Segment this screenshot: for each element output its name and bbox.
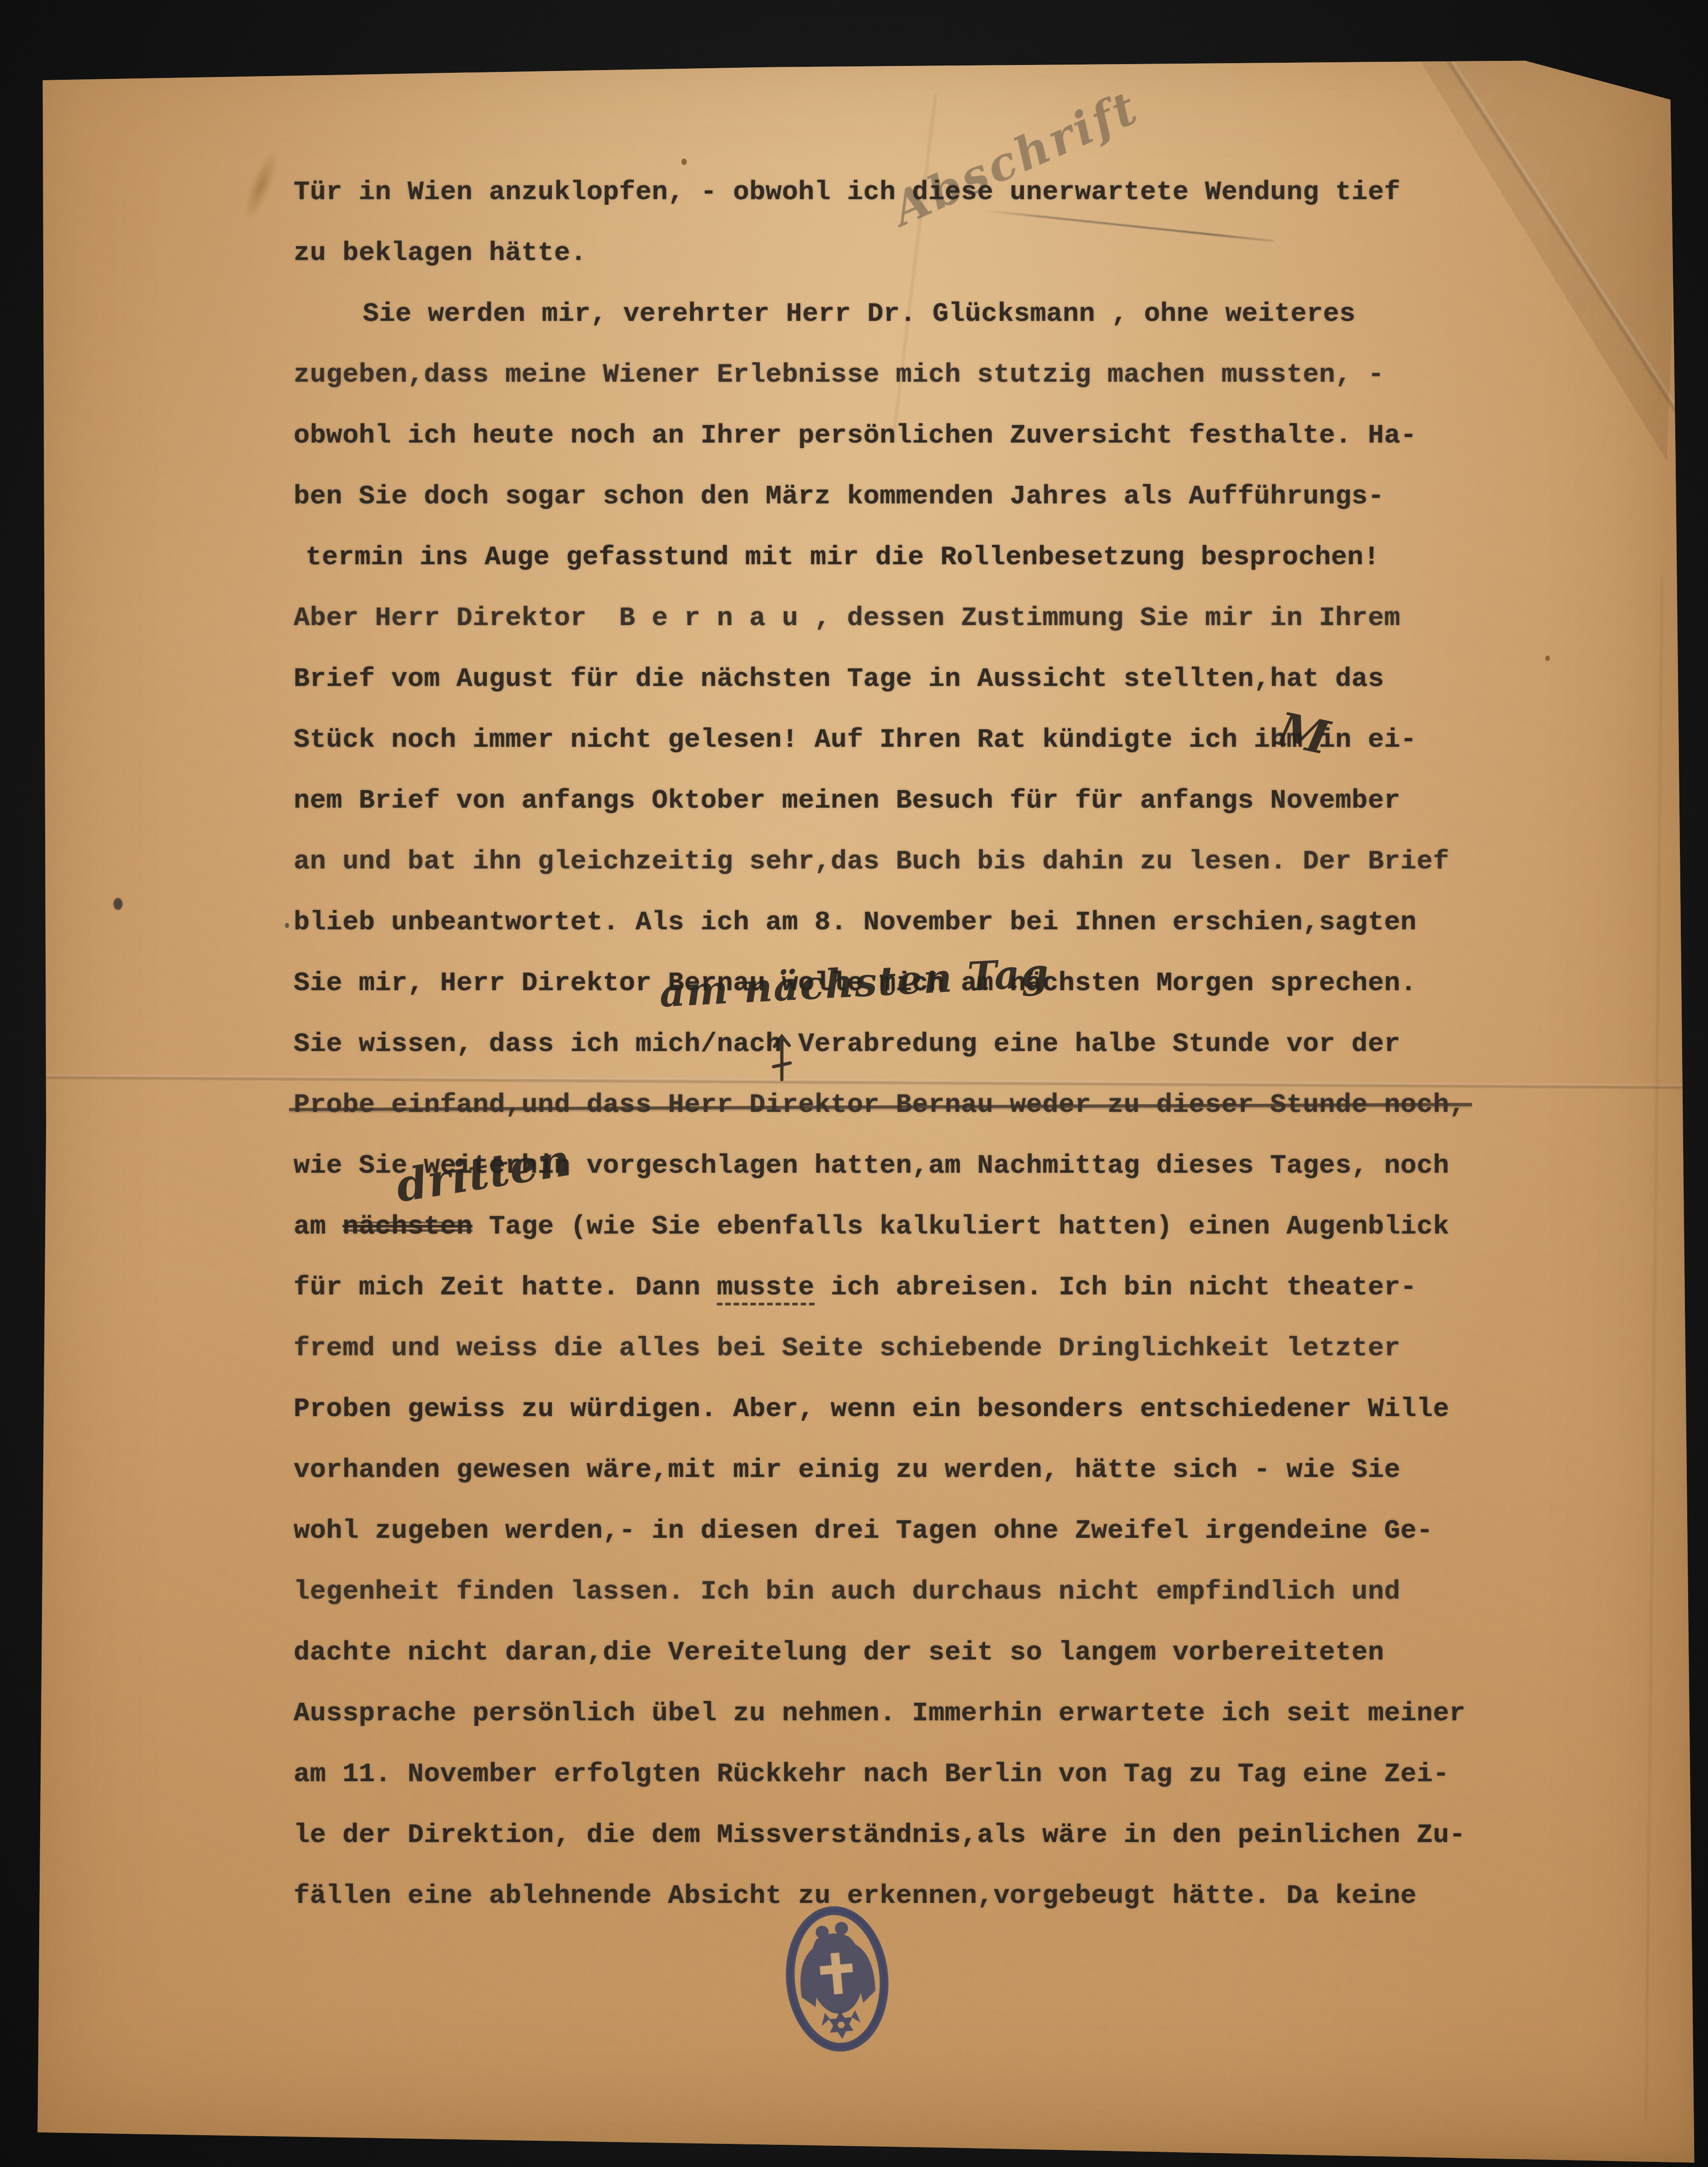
letter-line: an und bat ihn gleichzeitig sehr,das Buc… xyxy=(294,832,1501,892)
letter-line: Aussprache persönlich übel zu nehmen. Im… xyxy=(294,1683,1501,1744)
insertion-caret-mark xyxy=(769,1032,795,1082)
letter-line: Aber Herr Direktor B e r n a u , dessen … xyxy=(294,588,1501,649)
letter-line: Brief vom August für die nächsten Tage i… xyxy=(294,649,1501,710)
letter-line: nem Brief von anfangs Oktober meinen Bes… xyxy=(294,771,1501,832)
handwritten-letter-correction: M xyxy=(1273,702,1334,765)
struck-word-naechsten: nächsten xyxy=(343,1212,473,1242)
letter-line: ben Sie doch sogar schon den März kommen… xyxy=(294,466,1501,527)
letter-line: am 11. November erfolgten Rückkehr nach … xyxy=(294,1744,1501,1805)
line-prefix: für mich Zeit hatte. Dann xyxy=(294,1273,717,1303)
letter-page: Abschrift Tür in Wien anzuklopfen, - obw… xyxy=(0,0,1708,2167)
letter-line: Proben gewiss zu würdigen. Aber, wenn ei… xyxy=(294,1379,1501,1440)
letter-line: Sie werden mir, verehrter Herr Dr. Glück… xyxy=(294,284,1501,345)
letter-line: wohl zugeben werden,- in diesen drei Tag… xyxy=(294,1501,1501,1562)
star-icon xyxy=(832,2014,851,2036)
paper-stain xyxy=(238,147,284,224)
right-edge-crease xyxy=(1644,576,1663,2120)
letter-line: zu beklagen hätte. xyxy=(294,223,1501,284)
letter-line: fremd und weiss die alles bei Seite schi… xyxy=(294,1318,1501,1379)
letter-line-struck-through: Probe einfand,und dass Herr Direktor Ber… xyxy=(294,1075,1466,1136)
letter-line: termin ins Auge gefasstund mit mir die R… xyxy=(294,527,1501,588)
line-suffix: ich abreisen. Ich bin nicht theater- xyxy=(815,1273,1417,1303)
letter-line-with-correction: am nächsten Tage (wie Sie ebenfalls kalk… xyxy=(294,1197,1501,1258)
letter-line: vorhanden gewesen wäre,mit mir einig zu … xyxy=(294,1440,1501,1501)
paper-speck xyxy=(1545,655,1550,661)
letter-line: obwohl ich heute noch an Ihrer persönlic… xyxy=(294,406,1501,466)
line-prefix: am xyxy=(294,1212,343,1242)
letter-line: Sie wissen, dass ich mich/nach Verabredu… xyxy=(294,1014,1501,1075)
letter-line: blieb unbeantwortet. Als ich am 8. Novem… xyxy=(294,892,1501,953)
ink-speck xyxy=(113,898,123,910)
line-suffix: Tage (wie Sie ebenfalls kalkuliert hatte… xyxy=(473,1212,1449,1242)
letter-line: dachte nicht daran,die Vereitelung der s… xyxy=(294,1623,1501,1683)
letter-line: Tür in Wien anzuklopfen, - obwohl ich di… xyxy=(294,162,1501,223)
letter-body: Tür in Wien anzuklopfen, - obwohl ich di… xyxy=(294,162,1501,1927)
letter-line: zugeben,dass meine Wiener Erlebnisse mic… xyxy=(294,345,1501,406)
scanned-letter-photo: { "document": { "kind": "typewritten let… xyxy=(0,0,1708,2167)
letter-line: legenheit finden lassen. Ich bin auch du… xyxy=(294,1562,1501,1623)
letter-line: fällen eine ablehnende Absicht zu erkenn… xyxy=(294,1866,1501,1927)
ink-speck xyxy=(285,923,289,928)
letter-line-with-underline: für mich Zeit hatte. Dann musste ich abr… xyxy=(294,1258,1501,1318)
oval-ink-stamp xyxy=(776,1898,898,2059)
underlined-word-musste: musste xyxy=(717,1273,815,1305)
letter-line: le der Direktion, die dem Missverständni… xyxy=(294,1805,1501,1866)
